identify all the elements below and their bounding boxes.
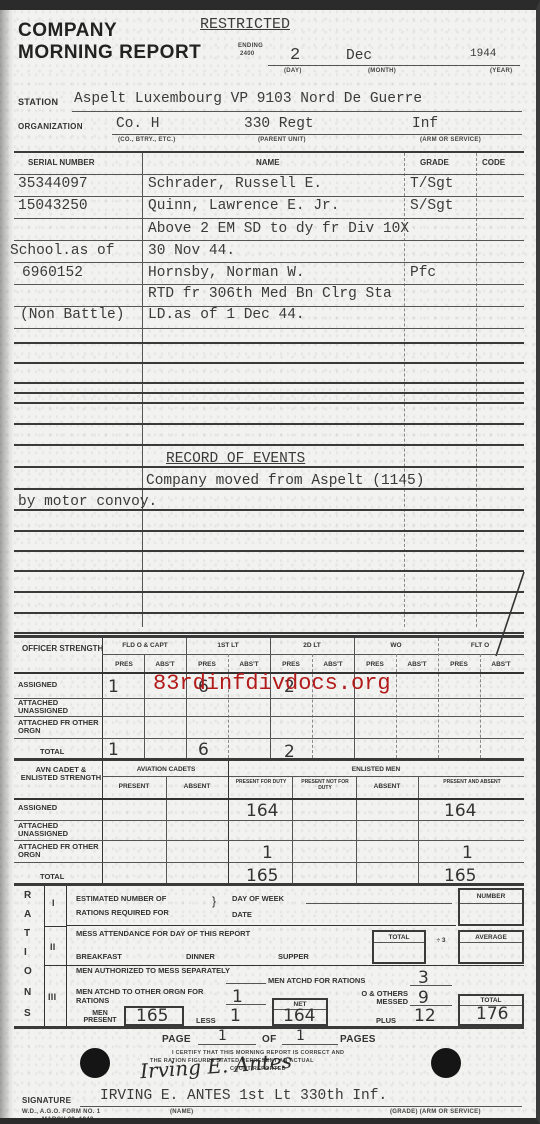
- sub-pres: PRES: [438, 661, 480, 668]
- rations-bottom-border: [14, 1026, 524, 1029]
- col-divider: [480, 654, 481, 758]
- enlisted-col-divider: [292, 776, 293, 885]
- enlisted-row-attached-other: ATTACHED FR OTHER ORGN: [18, 843, 102, 859]
- sub-pres: PRES: [104, 661, 144, 668]
- mess-separately-label: MEN AUTHORIZED TO MESS SEPARATELY: [76, 966, 256, 975]
- row-line: [14, 382, 524, 384]
- grade-caption: (GRADE) (ARM OR SERVICE): [390, 1109, 481, 1115]
- men-present-value: 165: [136, 1006, 168, 1026]
- rations-letter: N: [24, 987, 31, 998]
- officer-row-attached-unassigned: ATTACHED UNASSIGNED: [18, 699, 102, 715]
- binder-hole-left: [80, 1048, 110, 1078]
- number-label: NUMBER: [460, 893, 522, 900]
- col-avn-absent: ABSENT: [166, 783, 228, 790]
- morning-report-document: COMPANY MORNING REPORT RESTRICTED ENDING…: [0, 0, 540, 1124]
- sub-abst: ABS'T: [228, 661, 270, 668]
- rations-letter-divider: [44, 886, 45, 1026]
- enlisted-row-total: TOTAL: [40, 872, 64, 881]
- enlisted-attached-present-absent: 1: [462, 843, 473, 863]
- enlisted-assigned-present-absent: 164: [444, 801, 476, 821]
- mess-separately-field[interactable]: [226, 983, 266, 984]
- rations-total-value: 176: [476, 1004, 508, 1024]
- enlisted-assigned-present-duty: 164: [246, 801, 278, 821]
- row-line: [14, 342, 524, 344]
- row-line: [14, 550, 524, 552]
- officer-total-2lt-pres: 2: [284, 742, 295, 762]
- officer-total-fld-pres: 1: [108, 740, 119, 760]
- brace: }: [212, 894, 216, 908]
- copy-note: WD COPY THRU MRU OR DCU: [198, 1116, 314, 1124]
- sub-pres: PRES: [186, 661, 228, 668]
- page-value: 1: [218, 1028, 227, 1044]
- group-enlisted-men: ENLISTED MEN: [228, 766, 524, 773]
- grade-row-5: Pfc: [410, 265, 436, 281]
- row-line: [14, 423, 524, 425]
- of-label: OF: [262, 1034, 277, 1045]
- pages-label: PAGES: [340, 1034, 376, 1045]
- code-column-divider: [476, 153, 477, 627]
- other-orgn-label: MEN ATCHD TO OTHER ORGN FOR RATIONS: [76, 987, 226, 1005]
- sub-abst: ABS'T: [144, 661, 186, 668]
- organization-company: Co. H: [116, 116, 160, 132]
- organization-regiment: 330 Regt: [244, 116, 314, 132]
- scan-edge-shadow: [0, 10, 14, 1118]
- sub-abst: ABS'T: [312, 661, 354, 668]
- total-mess-label: TOTAL: [374, 934, 424, 941]
- record-of-events-line-1: Company moved from Aspelt (1145): [146, 473, 424, 489]
- sub-abst: ABS'T: [480, 661, 522, 668]
- section-i-numeral: I: [52, 898, 55, 908]
- day-caption: (DAY): [284, 68, 302, 74]
- rations-letter: T: [24, 928, 30, 939]
- row-line: [14, 174, 524, 175]
- officer-row-line: [14, 716, 524, 717]
- enlisted-row-line: [14, 840, 524, 841]
- less-label: LESS: [196, 1016, 216, 1025]
- remark-row-6: RTD fr 306th Med Bn Clrg Sta: [148, 286, 392, 302]
- serial-row-1: 35344097: [18, 176, 88, 192]
- page-label: PAGE: [162, 1034, 191, 1045]
- year-caption: (YEAR): [490, 68, 512, 74]
- row-line: [14, 284, 524, 285]
- col-divider: [396, 654, 397, 758]
- enlisted-row-assigned: ASSIGNED: [18, 803, 57, 812]
- row-line: [14, 632, 524, 634]
- day-of-week-field[interactable]: [306, 903, 452, 904]
- officer-row-line: [14, 738, 524, 739]
- average-label: AVERAGE: [460, 934, 522, 941]
- rations-letter: I: [24, 947, 27, 958]
- enlisted-col-divider: [418, 776, 419, 885]
- signature-line: [80, 1106, 522, 1107]
- title-morning-report: MORNING REPORT: [18, 42, 201, 64]
- row-line: [14, 218, 524, 219]
- breakfast-label: BREAKFAST: [76, 952, 122, 961]
- average-box-divider: [460, 942, 522, 943]
- remark-row-7: LD.as of 1 Dec 44.: [148, 307, 305, 323]
- rations-letter: R: [24, 890, 31, 901]
- sub-abst: ABS'T: [396, 661, 438, 668]
- group-2d-lt: 2D LT: [270, 642, 354, 649]
- name-caption: (NAME): [170, 1109, 193, 1115]
- organization-line: [112, 134, 522, 135]
- enlisted-col-divider: [228, 761, 229, 885]
- row-line: [14, 402, 524, 404]
- rations-letter: O: [24, 966, 32, 977]
- officer-row-total: TOTAL: [40, 747, 64, 756]
- of-line: [282, 1044, 338, 1045]
- col-divider: [228, 654, 229, 758]
- number-box-divider: [460, 903, 522, 904]
- row-line: [14, 392, 524, 394]
- company-caption: (CO., BTRY., ETC.): [118, 137, 176, 143]
- officer-table-top: [14, 635, 524, 638]
- title-company: COMPANY: [18, 20, 117, 42]
- column-serial-number: SERIAL NUMBER: [28, 158, 95, 167]
- total-box-divider: [374, 942, 424, 943]
- remark-row-4: 30 Nov 44.: [148, 243, 235, 259]
- mess-attendance-label: MESS ATTENDANCE FOR DAY OF THIS REPORT: [76, 929, 250, 938]
- row-line: [14, 362, 524, 364]
- signer-name: IRVING E. ANTES 1st Lt 330th Inf.: [100, 1088, 387, 1104]
- enlisted-col-divider: [356, 776, 357, 885]
- station-value: Aspelt Luxembourg VP 9103 Nord De Guerre: [74, 91, 422, 107]
- estimated-rations-label-2: RATIONS REQUIRED FOR: [76, 908, 169, 917]
- officer-row-attached-other: ATTACHED FR OTHER ORGN: [18, 719, 102, 735]
- column-grade: GRADE: [420, 158, 449, 167]
- group-1st-lt: 1ST LT: [186, 642, 270, 649]
- rations-total-label: TOTAL: [460, 997, 522, 1004]
- rations-letter: A: [24, 909, 31, 920]
- officer-total-1lt-pres: 6: [198, 740, 209, 760]
- column-name: NAME: [256, 158, 280, 167]
- remark-row-7-left: (Non Battle): [20, 307, 124, 323]
- page-line: [198, 1044, 256, 1045]
- rations-numeral-divider: [66, 886, 67, 1026]
- men-atchd-line: [410, 985, 452, 986]
- report-year: 1944: [470, 48, 496, 60]
- grade-row-2: S/Sgt: [410, 198, 454, 214]
- serial-row-5: 6960152: [22, 265, 83, 281]
- plus-label: PLUS: [376, 1016, 396, 1025]
- row-line: [14, 262, 524, 263]
- sub-pres: PRES: [270, 661, 312, 668]
- row-line: [14, 328, 524, 329]
- column-code: CODE: [482, 158, 505, 167]
- enlisted-total-present-absent: 165: [444, 866, 476, 886]
- organization-label: ORGANIZATION: [18, 122, 83, 131]
- name-row-2: Quinn, Lawrence E. Jr.: [148, 198, 339, 214]
- row-line: [14, 591, 524, 593]
- ending-time: 2400: [240, 51, 255, 57]
- enlisted-col-divider: [166, 776, 167, 885]
- row-line: [14, 570, 524, 572]
- station-label: STATION: [18, 97, 58, 107]
- col-avn-present: PRESENT: [102, 783, 166, 790]
- row-line: [14, 444, 524, 446]
- estimated-rations-label-1: ESTIMATED NUMBER OF: [76, 894, 166, 903]
- arm-caption: (ARM OR SERVICE): [420, 137, 481, 143]
- net-value: 164: [283, 1006, 315, 1026]
- col-em-absent: ABSENT: [356, 783, 418, 790]
- signature-label: SIGNATURE: [22, 1096, 71, 1105]
- remark-row-3: Above 2 EM SD to dy fr Div 10X: [148, 221, 409, 237]
- classification-stamp: RESTRICTED: [200, 16, 290, 33]
- supper-label: SUPPER: [278, 952, 309, 961]
- section-iii-numeral: III: [48, 992, 56, 1002]
- col-divider: [312, 654, 313, 758]
- group-flt-o: FLT O: [438, 642, 522, 649]
- col-em-present-duty: PRESENT FOR DUTY: [230, 779, 292, 785]
- record-of-events-line-2: by motor convoy.: [18, 494, 157, 510]
- officer-row-assigned: ASSIGNED: [18, 680, 57, 689]
- serial-row-2: 15043250: [18, 198, 88, 214]
- dinner-label: DINNER: [186, 952, 215, 961]
- grade-row-1: T/Sgt: [410, 176, 454, 192]
- section-ii-numeral: II: [50, 942, 56, 952]
- enlisted-label-divider: [102, 761, 103, 885]
- month-caption: (MONTH): [368, 68, 396, 74]
- less-value: 1: [230, 1006, 241, 1026]
- name-row-5: Hornsby, Norman W.: [148, 265, 305, 281]
- divide-by-three: ÷ 3: [430, 936, 452, 945]
- sub-pres: PRES: [354, 661, 396, 668]
- row-line: [14, 240, 524, 241]
- of-value: 1: [296, 1028, 305, 1044]
- row-line: [14, 530, 524, 532]
- report-month: Dec: [346, 48, 372, 64]
- row-line: [14, 196, 524, 197]
- men-atchd-label: MEN ATCHD FOR RATIONS: [268, 976, 365, 985]
- officers-messed-label: O & OTHERS MESSED: [340, 990, 408, 1006]
- day-of-week-label: DAY OF WEEK: [232, 894, 284, 903]
- report-day: 2: [290, 46, 300, 65]
- form-number: W.D., A.G.O. FORM NO. 1: [22, 1109, 100, 1115]
- section-divider: [44, 926, 66, 927]
- row-line: [14, 612, 524, 614]
- enlisted-strength-title: AVN CADET & ENLISTED STRENGTH: [20, 766, 102, 782]
- table-top-border: [14, 151, 524, 153]
- officer-table-bottom: [14, 758, 524, 761]
- rations-letter: S: [24, 1008, 31, 1019]
- other-orgn-line: [226, 1004, 266, 1005]
- section-divider: [66, 925, 456, 926]
- organization-arm: Inf: [412, 116, 438, 132]
- enlisted-header-line: [14, 798, 524, 800]
- date-line: [268, 65, 520, 66]
- ending-label: ENDING: [238, 43, 263, 49]
- form-date: MARCH 29, 1943: [42, 1117, 94, 1123]
- plus-value: 12: [414, 1006, 436, 1026]
- handwritten-signature: Irving E. Antes: [139, 1049, 292, 1084]
- enlisted-total-present-duty: 165: [246, 866, 278, 886]
- station-line: [72, 111, 522, 112]
- officer-assigned-fld-pres: 1: [108, 677, 119, 697]
- watermark-text: 83rdinfdivdocs.org: [153, 671, 391, 696]
- date-label: DATE: [232, 910, 252, 919]
- group-fld-capt: FLD O & CAPT: [104, 642, 186, 649]
- col-em-present-not-duty: PRESENT NOT FOR DUTY: [294, 779, 356, 791]
- remark-row-4-left: School.as of: [10, 243, 114, 259]
- col-em-present-absent: PRESENT AND ABSENT: [420, 779, 524, 785]
- col-divider: [144, 654, 145, 758]
- men-present-label: MEN PRESENT: [78, 1010, 122, 1024]
- record-of-events-heading: RECORD OF EVENTS: [166, 451, 305, 467]
- enlisted-attached-present-duty: 1: [262, 843, 273, 863]
- officer-strength-title: OFFICER STRENGTH: [22, 644, 100, 653]
- enlisted-row-attached-unassigned: ATTACHED UNASSIGNED: [18, 822, 102, 838]
- serial-column-divider: [142, 153, 143, 627]
- group-aviation-cadets: AVIATION CADETS: [104, 766, 228, 773]
- group-wo: WO: [354, 642, 438, 649]
- binder-hole-right: [431, 1048, 461, 1078]
- officer-group-line: [102, 654, 524, 655]
- regiment-caption: (PARENT UNIT): [258, 137, 306, 143]
- name-row-1: Schrader, Russell E.: [148, 176, 322, 192]
